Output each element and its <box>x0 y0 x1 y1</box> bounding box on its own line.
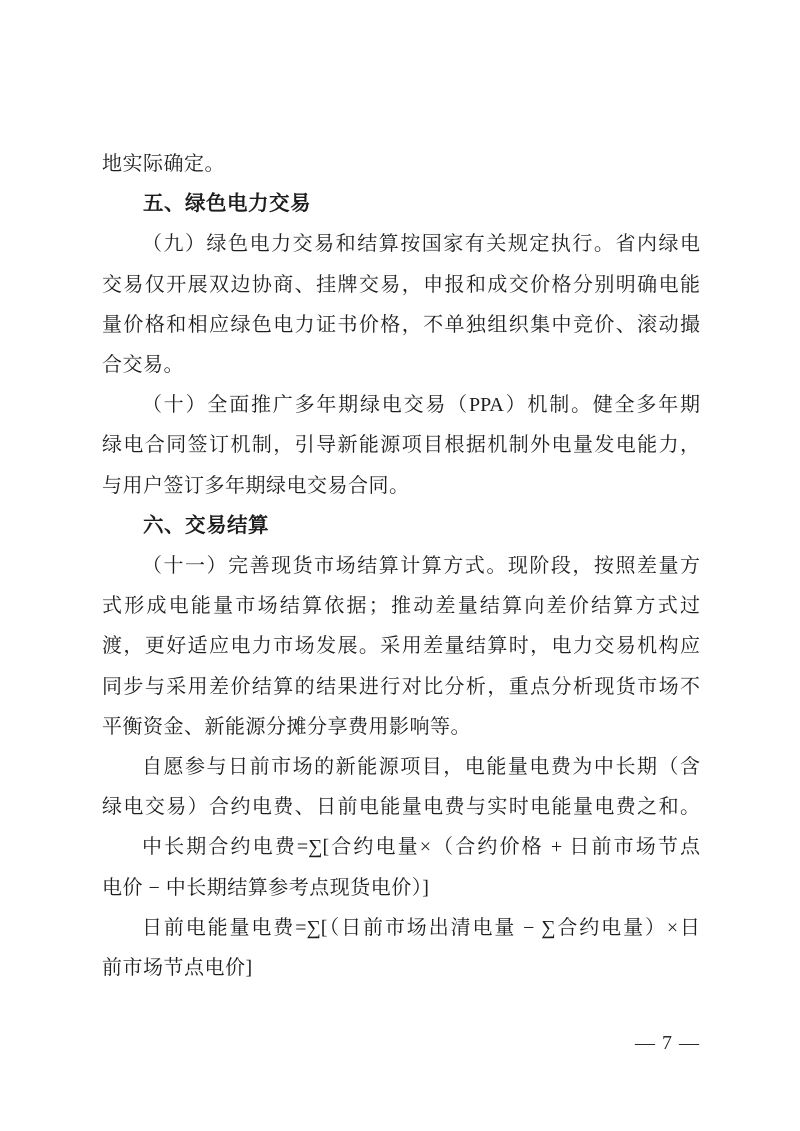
paragraph-first-line: （十）全面推广多年期绿电交易（PPA）机制。健全多年期 <box>102 385 700 425</box>
paragraph-first-line: （九）绿色电力交易和结算按国家有关规定执行。省内绿电 <box>102 224 700 264</box>
document-page: 地实际确定。 五、绿色电力交易 （九）绿色电力交易和结算按国家有关规定执行。省内… <box>0 0 800 1131</box>
paragraph-end-line: 地实际确定。 <box>102 144 700 184</box>
paragraph-line: 渡，更好适应电力市场发展。采用差量结算时，电力交易机构应 <box>102 626 700 666</box>
formula-midlongterm-contract-fee-line: 电价 − 中长期结算参考点现货电价）] <box>102 868 700 908</box>
paragraph-end-line: 绿电交易）合约电费、日前电能量电费与实时电能量电费之和。 <box>102 787 700 827</box>
page-number: — 7 — <box>635 1028 700 1058</box>
section-heading-trade-settlement: 六、交易结算 <box>102 506 700 546</box>
paragraph-end-line: 平衡资金、新能源分摊分享费用影响等。 <box>102 707 700 747</box>
paragraph-first-line: （十一）完善现货市场结算计算方式。现阶段，按照差量方 <box>102 546 700 586</box>
paragraph-line: 绿电合同签订机制，引导新能源项目根据机制外电量发电能力， <box>102 425 700 465</box>
formula-dayahead-energy-fee-line: 日前电能量电费=∑[（日前市场出清电量 − ∑合约电量）×日 <box>102 908 700 948</box>
paragraph-end-line: 与用户签订多年期绿电交易合同。 <box>102 466 700 506</box>
formula-midlongterm-contract-fee-line: 中长期合约电费=∑[合约电量×（合约价格 + 日前市场节点 <box>102 827 700 867</box>
document-body: 地实际确定。 五、绿色电力交易 （九）绿色电力交易和结算按国家有关规定执行。省内… <box>102 144 700 988</box>
paragraph-line: 交易仅开展双边协商、挂牌交易，申报和成交价格分别明确电能 <box>102 265 700 305</box>
section-heading-green-power-trading: 五、绿色电力交易 <box>102 184 700 224</box>
paragraph-end-line: 合交易。 <box>102 345 700 385</box>
paragraph-line: 同步与采用差价结算的结果进行对比分析，重点分析现货市场不 <box>102 667 700 707</box>
paragraph-line: 式形成电能量市场结算依据；推动差量结算向差价结算方式过 <box>102 586 700 626</box>
paragraph-first-line: 自愿参与日前市场的新能源项目，电能量电费为中长期（含 <box>102 747 700 787</box>
formula-dayahead-energy-fee-line: 前市场节点电价] <box>102 948 700 988</box>
paragraph-line: 量价格和相应绿色电力证书价格，不单独组织集中竞价、滚动撮 <box>102 305 700 345</box>
